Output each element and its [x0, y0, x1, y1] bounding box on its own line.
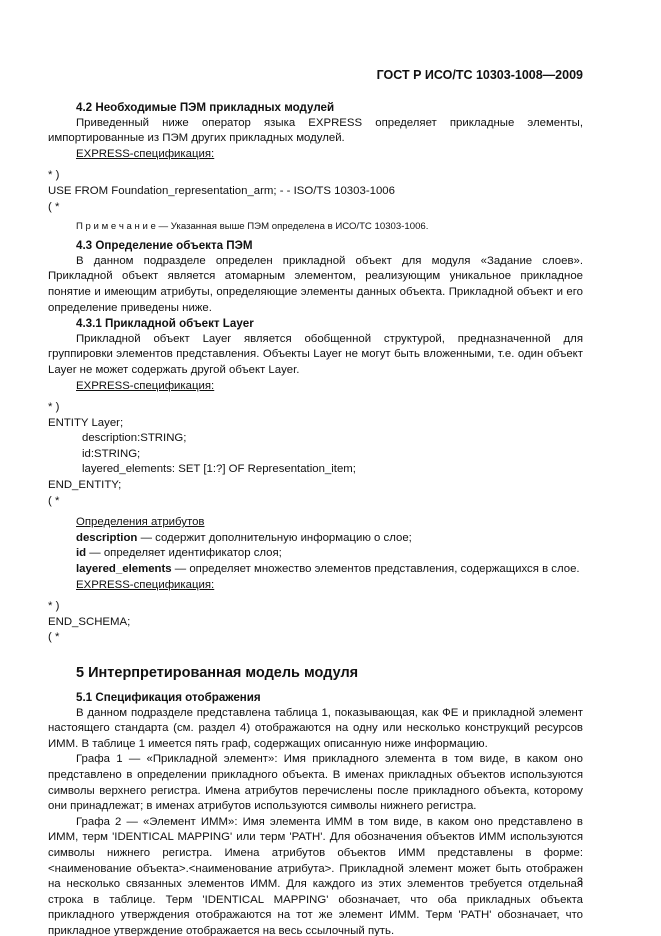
section-4-2-title: 4.2 Необходимые ПЭМ прикладных модулей	[48, 100, 583, 116]
attribute-definition: id — определяет идентификатор слоя;	[48, 546, 583, 562]
section-4-2-paragraph: Приведенный ниже оператор языка EXPRESS …	[48, 116, 583, 147]
attribute-definition: description — содержит дополнительную ин…	[48, 531, 583, 547]
express-spec-label: EXPRESS-спецификация:	[48, 578, 583, 594]
code-line: * )	[48, 400, 583, 416]
section-4-3-title: 4.3 Определение объекта ПЭМ	[48, 238, 583, 254]
attribute-term: layered_elements	[76, 563, 172, 575]
attribute-definitions-label: Определения атрибутов	[48, 515, 583, 531]
code-block-entity-layer: * ) ENTITY Layer; description:STRING; id…	[48, 400, 583, 509]
code-block-use-from: * ) USE FROM Foundation_representation_a…	[48, 168, 583, 215]
code-block-end-schema: * ) END_SCHEMA; ( *	[48, 599, 583, 646]
page-number: 3	[577, 876, 583, 888]
section-5-title: 5 Интерпретированная модель модуля	[48, 664, 583, 682]
code-line: ( *	[48, 494, 583, 510]
page-body: 4.2 Необходимые ПЭМ прикладных модулей П…	[48, 0, 583, 936]
section-4-3-paragraph: В данном подразделе определен прикладной…	[48, 254, 583, 316]
section-5-1-paragraph: Графа 2 — «Элемент ИММ»: Имя элемента ИМ…	[48, 815, 583, 936]
code-line: description:STRING;	[48, 431, 583, 447]
code-line: END_ENTITY;	[48, 478, 583, 494]
attribute-text: — содержит дополнительную информацию о с…	[137, 532, 411, 544]
code-line: * )	[48, 168, 583, 184]
code-line: ( *	[48, 630, 583, 646]
section-5-1-title: 5.1 Спецификация отображения	[48, 690, 583, 706]
code-line: ENTITY Layer;	[48, 416, 583, 432]
code-line: USE FROM Foundation_representation_arm; …	[48, 184, 583, 200]
attribute-definition: layered_elements — определяет множество …	[48, 562, 583, 578]
note-text: — Указанная выше ПЭМ определена в ИСО/ТС…	[156, 221, 429, 232]
section-4-3-1-title: 4.3.1 Прикладной объект Layer	[48, 316, 583, 332]
section-5-1-paragraph: Графа 1 — «Прикладной элемент»: Имя прик…	[48, 752, 583, 814]
code-line: id:STRING;	[48, 447, 583, 463]
attribute-text: — определяет множество элементов предста…	[172, 563, 580, 575]
express-spec-label: EXPRESS-спецификация:	[48, 379, 583, 395]
code-line: END_SCHEMA;	[48, 615, 583, 631]
attribute-term: id	[76, 547, 86, 559]
section-5-1-paragraph: В данном подразделе представлена таблица…	[48, 706, 583, 753]
code-line: ( *	[48, 200, 583, 216]
attribute-text: — определяет идентификатор слоя;	[86, 547, 282, 559]
section-4-3-1-paragraph: Прикладной объект Layer является обобщен…	[48, 332, 583, 379]
code-line: * )	[48, 599, 583, 615]
note: П р и м е ч а н и е — Указанная выше ПЭМ…	[48, 220, 583, 234]
note-prefix: П р и м е ч а н и е	[76, 221, 156, 232]
express-spec-label: EXPRESS-спецификация:	[48, 147, 583, 163]
code-line: layered_elements: SET [1:?] OF Represent…	[48, 462, 583, 478]
attribute-term: description	[76, 532, 137, 544]
